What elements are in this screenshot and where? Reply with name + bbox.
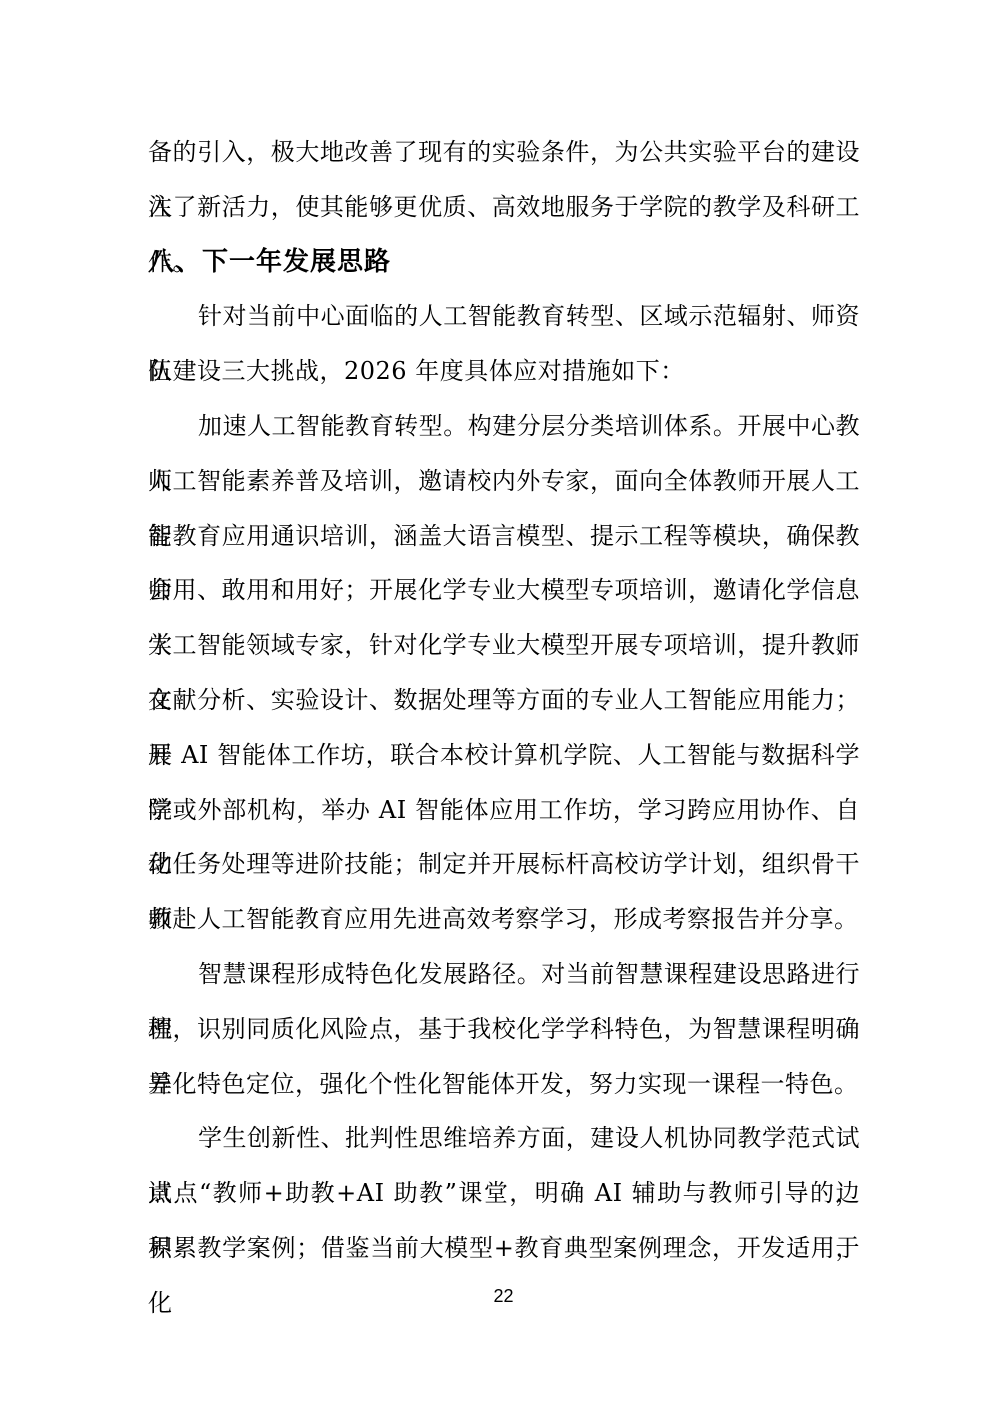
text-line: 能教育应用通识培训，涵盖大语言模型、提示工程等模块，确保教师 (148, 509, 860, 564)
text-line: 试点“教师+助教+AI 助教”课堂，明确 AI 辅助与教师引导的边界， (148, 1166, 860, 1221)
paragraph: 备的引入，极大地改善了现有的实验条件，为公共实验平台的建设注入了新活力，使其能够… (148, 125, 860, 235)
document-body: 备的引入，极大地改善了现有的实验条件，为公共实验平台的建设注入了新活力，使其能够… (148, 125, 860, 1276)
text-line: 人工智能素养普及培训，邀请校内外专家，面向全体教师开展人工智 (148, 454, 860, 509)
text-line: 加速人工智能教育转型。构建分层分类培训体系。开展中心教师 (148, 399, 860, 454)
text-line: 智慧课程形成特色化发展路径。对当前智慧课程建设思路进行梳 (148, 947, 860, 1002)
paragraph: 针对当前中心面临的人工智能教育转型、区域示范辐射、师资队伍建设三大挑战，2026… (148, 289, 860, 399)
page-footer: 22 (0, 1286, 1007, 1307)
text-line: 伍建设三大挑战，2026 年度具体应对措施如下： (148, 344, 860, 399)
text-line: 理，识别同质化风险点，基于我校化学学科特色，为智慧课程明确差 (148, 1002, 860, 1057)
heading-line: 八、下一年发展思路 (148, 235, 860, 290)
paragraph: 学生创新性、批判性思维培养方面，建设人机协同教学范式试点，试点“教师+助教+AI… (148, 1111, 860, 1275)
text-line: 学生创新性、批判性思维培养方面，建设人机协同教学范式试点， (148, 1111, 860, 1166)
document-page: 备的引入，极大地改善了现有的实验条件，为公共实验平台的建设注入了新活力，使其能够… (0, 0, 1007, 1422)
paragraph: 智慧课程形成特色化发展路径。对当前智慧课程建设思路进行梳理，识别同质化风险点，基… (148, 947, 860, 1111)
text-line: 异化特色定位，强化个性化智能体开发，努力实现一课程一特色。 (148, 1057, 860, 1112)
text-line: 文献分析、实验设计、数据处理等方面的专业人工智能应用能力；开 (148, 673, 860, 728)
text-line: 备的引入，极大地改善了现有的实验条件，为公共实验平台的建设注 (148, 125, 860, 180)
section-heading: 八、下一年发展思路 (148, 235, 860, 290)
page-number: 22 (493, 1286, 513, 1306)
text-line: 入了新活力，使其能够更优质、高效地服务于学院的教学及科研工作。 (148, 180, 860, 235)
text-line: 人工智能领域专家，针对化学专业大模型开展专项培训，提升教师在 (148, 618, 860, 673)
text-line: 积累教学案例；借鉴当前大模型+教育典型案例理念，开发适用于化 (148, 1221, 860, 1276)
paragraph: 加速人工智能教育转型。构建分层分类培训体系。开展中心教师人工智能素养普及培训，邀… (148, 399, 860, 947)
text-line: 会用、敢用和用好；开展化学专业大模型专项培训，邀请化学信息学、 (148, 563, 860, 618)
text-line: 师赴人工智能教育应用先进高效考察学习，形成考察报告并分享。 (148, 892, 860, 947)
text-line: 院或外部机构，举办 AI 智能体应用工作坊，学习跨应用协作、自动 (148, 783, 860, 838)
text-line: 针对当前中心面临的人工智能教育转型、区域示范辐射、师资队 (148, 289, 860, 344)
text-line: 展 AI 智能体工作坊，联合本校计算机学院、人工智能与数据科学学 (148, 728, 860, 783)
text-line: 化任务处理等进阶技能；制定并开展标杆高校访学计划，组织骨干教 (148, 837, 860, 892)
